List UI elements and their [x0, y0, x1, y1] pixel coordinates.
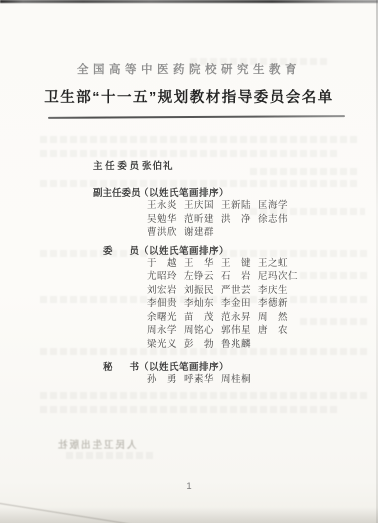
- roster-section: 秘书（以姓氏笔画排序）孙 勇呼素华周桂桐: [93, 359, 378, 386]
- section-label-char: 员: [129, 243, 139, 257]
- member-name: 吴勉华: [147, 213, 184, 227]
- member-name: 左铮云: [184, 270, 221, 284]
- section-heading: 委员（以姓氏笔画排序）: [93, 243, 378, 257]
- section-label-char: 主: [93, 158, 103, 172]
- sort-order-note: （以姓氏笔画排序）: [139, 243, 229, 257]
- member-name: 苗 茂: [184, 311, 221, 325]
- member-name: 呼素华: [184, 373, 221, 387]
- section-label-char: 委: [122, 185, 132, 199]
- bleedthrough-streak: [40, 136, 360, 143]
- roster-section: 副主任委员（以姓氏笔画排序）王永炎王庆国王新陆匡海学吴勉华范昕建洪 净徐志伟曹洪…: [93, 186, 378, 240]
- member-name: 周 然: [258, 311, 295, 325]
- member-name: 孙 勇: [147, 373, 184, 387]
- member-name: 尤昭玲: [147, 270, 184, 284]
- member-name: 李庆生: [258, 284, 295, 298]
- member-name: 周桂桐: [221, 373, 258, 387]
- section-label-char: 副: [93, 185, 103, 199]
- member-row: 吴勉华范昕建洪 净徐志伟: [147, 213, 378, 227]
- member-row: 王永炎王庆国王新陆匡海学: [147, 199, 378, 213]
- section-label-char: 任: [105, 158, 115, 172]
- member-row: 孙 勇呼素华周桂桐: [147, 373, 378, 387]
- scan-edge-top: [0, 0, 378, 3]
- section-heading: 主任委员张伯礼: [93, 158, 378, 172]
- section-heading: 副主任委员（以姓氏笔画排序）: [93, 186, 378, 200]
- section-label-char: 委: [117, 158, 127, 172]
- member-name: 曹洪欣: [147, 226, 184, 240]
- committee-title: 卫生部“十一五”规划教材指导委员会名单: [0, 90, 378, 107]
- section-label-char: 员: [129, 158, 139, 172]
- member-name: 王之虹: [258, 257, 295, 271]
- bleedthrough-streak: [66, 452, 156, 459]
- committee-roster: 主任委员张伯礼副主任委员（以姓氏笔画排序）王永炎王庆国王新陆匡海学吴勉华范昕建洪…: [93, 158, 378, 386]
- member-name: 余曙光: [147, 311, 184, 325]
- member-name: 唐 农: [258, 324, 295, 338]
- roster-section: 委员（以姓氏笔画排序）于 越王 华王 键王之虹尤昭玲左铮云石 岩尼玛次仁刘宏岩刘…: [93, 243, 378, 351]
- member-name: 李德新: [258, 297, 295, 311]
- section-label-char: 秘: [103, 359, 113, 373]
- member-name: 李金田: [221, 297, 258, 311]
- member-name: 尼玛次仁: [258, 270, 295, 284]
- member-row: 周永学周铭心郭伟星唐 农: [147, 324, 378, 338]
- member-name: 谢建群: [184, 226, 221, 240]
- member-name: 彭 勃: [184, 338, 221, 352]
- section-label-char: 主: [103, 185, 113, 199]
- member-name: 于 越: [147, 257, 184, 271]
- bleedthrough-publisher-text: 人民卫生出版社: [56, 437, 137, 451]
- scan-shadow-bottom: [0, 507, 378, 523]
- member-name: 王新陆: [221, 199, 258, 213]
- member-row: 曹洪欣谢建群: [147, 226, 378, 240]
- section-label-char: 书: [129, 359, 139, 373]
- member-name: 王 华: [184, 257, 221, 271]
- member-name: 刘振民: [184, 284, 221, 298]
- member-name: 李佃贵: [147, 297, 184, 311]
- roster-section: 主任委员张伯礼: [93, 158, 378, 172]
- member-name: 严世芸: [221, 284, 258, 298]
- section-label-char: 任: [112, 185, 122, 199]
- section-label: 副主任委员: [93, 185, 139, 199]
- member-name: 李灿东: [184, 297, 221, 311]
- member-name: 范永昇: [221, 311, 258, 325]
- member-name: 鲁兆麟: [221, 338, 258, 352]
- member-name: 周铭心: [184, 324, 221, 338]
- title-divider: [48, 115, 345, 119]
- member-name: 匡海学: [258, 199, 295, 213]
- member-row: 余曙光苗 茂范永昇周 然: [147, 311, 378, 325]
- member-name: 王庆国: [184, 199, 221, 213]
- member-name: 梁光义: [147, 338, 184, 352]
- section-label-char: 委: [103, 243, 113, 257]
- series-title: 全国高等中医药院校研究生教育: [0, 64, 378, 77]
- member-name: 刘宏岩: [147, 284, 184, 298]
- sort-order-note: （以姓氏笔画排序）: [139, 359, 229, 373]
- chairman-name: 张伯礼: [142, 158, 174, 172]
- section-label: 委员: [93, 243, 139, 257]
- member-name: 王 键: [221, 257, 258, 271]
- member-name: 徐志伟: [258, 213, 295, 227]
- member-row: 尤昭玲左铮云石 岩尼玛次仁: [147, 270, 378, 284]
- bleedthrough-streak: [40, 406, 340, 413]
- bleedthrough-streak: [40, 392, 370, 399]
- section-label: 秘书: [93, 359, 139, 373]
- member-row: 梁光义彭 勃鲁兆麟: [147, 338, 378, 352]
- member-name: 周永学: [147, 324, 184, 338]
- member-name: 范昕建: [184, 213, 221, 227]
- page-number: 1: [0, 481, 378, 492]
- bleedthrough-streak: [40, 150, 340, 157]
- member-row: 于 越王 华王 键王之虹: [147, 257, 378, 271]
- scanned-page: 全国高等中医药院校研究生教育 卫生部“十一五”规划教材指导委员会名单 主任委员张…: [0, 0, 378, 523]
- section-label: 主任委员: [93, 158, 139, 172]
- member-name: 郭伟星: [221, 324, 258, 338]
- member-name: 石 岩: [221, 270, 258, 284]
- member-name: 王永炎: [147, 199, 184, 213]
- member-name: 洪 净: [221, 213, 258, 227]
- member-row: 刘宏岩刘振民严世芸李庆生: [147, 284, 378, 298]
- member-row: 李佃贵李灿东李金田李德新: [147, 297, 378, 311]
- section-heading: 秘书（以姓氏笔画排序）: [93, 359, 378, 373]
- bleedthrough-streak: [190, 58, 330, 65]
- sort-order-note: （以姓氏笔画排序）: [139, 185, 229, 199]
